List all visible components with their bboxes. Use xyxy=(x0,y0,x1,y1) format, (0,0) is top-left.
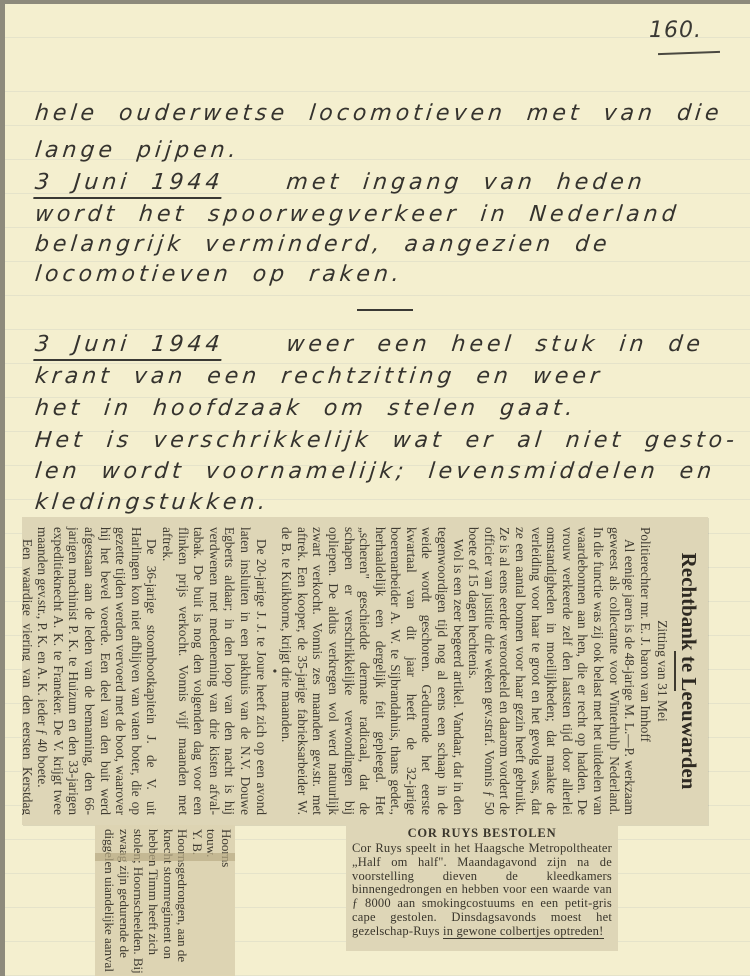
clipping-paragraph: De 36-jarige stoombootkapitein J. de V. … xyxy=(35,527,160,815)
clipping-paragraph: Een waardige viering van den eersten Ker… xyxy=(22,527,35,815)
fragment-line: hebben Timm heeft zich xyxy=(145,829,160,972)
fragment-line: touw. xyxy=(204,829,219,972)
clipping-rotated-content: Rechtbank te Leeuwarden Zitting van 31 M… xyxy=(22,517,708,825)
newspaper-clipping-rechtbank: Rechtbank te Leeuwarden Zitting van 31 M… xyxy=(22,517,708,825)
fragment-line: Hoorns xyxy=(218,829,233,972)
fragment-line: diggelen uiandelijke aanval xyxy=(102,829,117,972)
section-separator xyxy=(357,309,413,311)
handwritten-line-1: hele ouderwetse locomotieven met van die xyxy=(34,101,737,126)
handwritten-line-10: Het is verschrikkelijk wat er al niet ge… xyxy=(34,428,737,453)
clipping-fold xyxy=(95,853,235,861)
clipping-underlined-text: in gewone colbertjes optreden! xyxy=(443,924,603,939)
clipping-paragraph: De 20-jarige J. J. te Joure heeft zich o… xyxy=(159,527,268,815)
clipping-body: Cor Ruys speelt in het Haagsche Metropol… xyxy=(352,842,612,939)
handwritten-line-8: krant van een rechtzitting en weer xyxy=(34,364,737,389)
paragraph-separator: • xyxy=(269,527,279,815)
fragment-line: Y. B. xyxy=(189,829,204,972)
clipping-heading: Rechtbank te Leeuwarden xyxy=(680,527,696,815)
handwritten-line-9: het in hoofdzaak om stelen gaat. xyxy=(34,396,737,421)
handwritten-text: met ingang van heden xyxy=(285,170,647,195)
handwritten-line-5: belangrijk verminderd, aangezien de xyxy=(34,232,737,257)
handwritten-line-12: kledingstukken. xyxy=(34,490,737,515)
fragment-line: knecht stormregiment on xyxy=(160,829,175,972)
clipping-paragraph: Wol is een zeer begeerd artikel. Vandaar… xyxy=(279,527,466,815)
clipping-subheading: Zitting van 31 Mei xyxy=(655,527,671,815)
date-underlined: 3 Juni 1944 xyxy=(33,332,225,361)
clipping-paragraph: Politierechter mr. E. J. baron van Imhof… xyxy=(637,527,653,815)
handwritten-line-7: 3 Juni 1944 weer een heel stuk in de xyxy=(34,332,737,357)
clipping-heading: COR RUYS BESTOLEN xyxy=(352,826,612,841)
handwritten-text: weer een heel stuk in de xyxy=(285,332,705,357)
clipping-paragraph: Al eenige jaren is de 48-jarige M. L.—P.… xyxy=(466,527,638,815)
handwritten-line-2: lange pijpen. xyxy=(34,138,737,163)
handwritten-line-6: locomotieven op raken. xyxy=(34,262,737,287)
handwritten-line-3: 3 Juni 1944 met ingang van heden xyxy=(34,170,737,195)
date-underlined: 3 Juni 1944 xyxy=(33,170,225,199)
fragment-rotated-content: Hoorns touw. Y. B. Hoornsgedrongen, aan … xyxy=(95,825,235,976)
page-number: 160. xyxy=(649,18,702,43)
fragment-line: stolen; Hoornscheelden. Bij en te xyxy=(131,829,146,972)
fragment-line: zwaag zijn gedurende de xyxy=(116,829,131,972)
handwritten-line-11: len wordt voornamelijk; levensmiddelen e… xyxy=(34,459,737,484)
newspaper-clipping-fragment: Hoorns touw. Y. B. Hoornsgedrongen, aan … xyxy=(95,825,235,976)
fragment-line: Hoornsgedrongen, aan de xyxy=(175,829,190,972)
handwritten-line-4: wordt het spoorwegverkeer in Nederland xyxy=(34,202,737,227)
newspaper-clipping-cor-ruys: COR RUYS BESTOLEN Cor Ruys speelt in het… xyxy=(346,822,618,951)
page-number-underline xyxy=(658,51,720,55)
